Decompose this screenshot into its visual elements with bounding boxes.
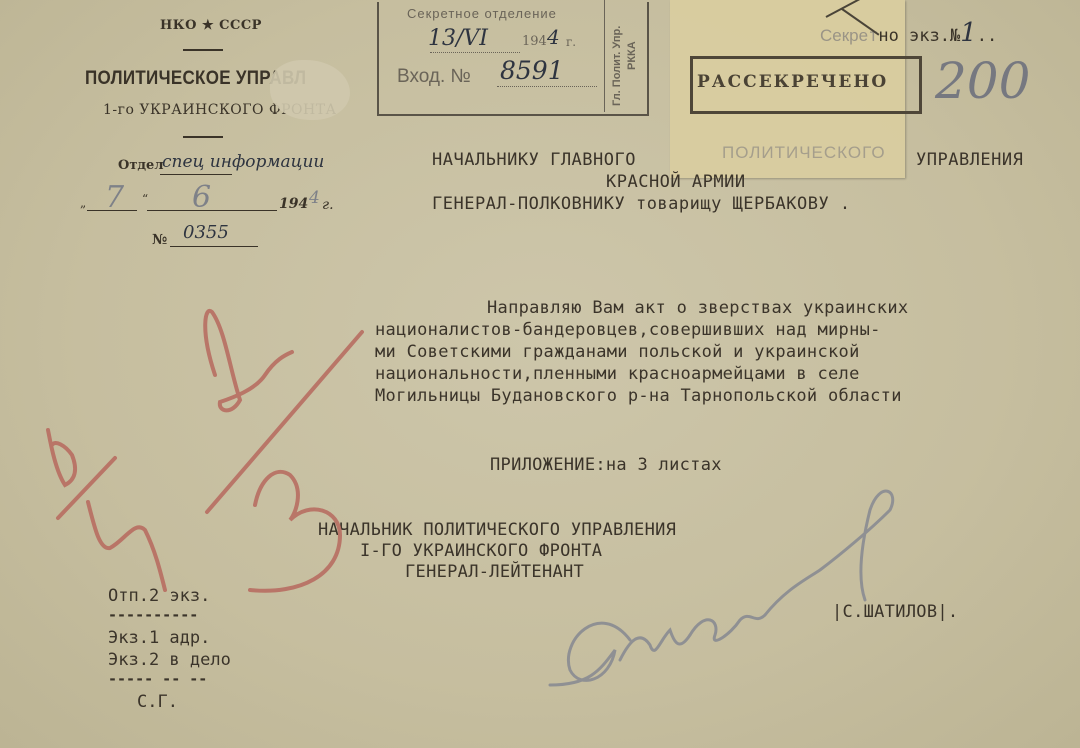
overlay-faded-text: ПОЛИТИЧЕСКОГО	[722, 143, 886, 163]
department-label: Отдел	[118, 158, 163, 173]
department-value: спец информации	[162, 152, 324, 172]
letterhead-rule-bottom	[183, 136, 223, 138]
date-quote-open: „	[80, 196, 86, 210]
copy-dots: ..	[977, 26, 997, 46]
stamp-side-text-1: Гл. Полит. Упр.	[611, 26, 623, 106]
outgoing-number-underline	[170, 246, 258, 247]
stamp-year-suffix: 4	[547, 25, 560, 49]
department-underline	[160, 174, 232, 175]
date-year-suffix: 4	[309, 188, 320, 208]
date-year-prefix: 194	[279, 196, 308, 212]
stamp-incoming-label: Вход. №	[397, 66, 471, 88]
letterhead-org: НКО ★ СССР	[160, 18, 262, 33]
stamp-side-text: Гл. Полит. Упр. РККА	[604, 0, 644, 112]
body-line-4: национальности,пленными красноармейцами …	[375, 364, 860, 384]
date-month-underline	[147, 210, 277, 211]
stamp-date: 13/VI	[428, 26, 488, 51]
pencil-number: 200	[935, 52, 1030, 110]
outgoing-number-value: 0355	[183, 222, 229, 243]
letterhead-rule-top	[183, 49, 223, 51]
document-page: НКО ★ СССР ПОЛИТИЧЕСКОЕ УПРАВЛ 1-го УКРА…	[0, 0, 1080, 748]
classification-struck-word: Секре	[820, 26, 868, 45]
date-day-underline	[87, 210, 137, 211]
handwritten-signature	[540, 470, 920, 700]
stamp-incoming-number: 8591	[500, 56, 564, 85]
distribution-line-3: Экз.2 в дело	[108, 650, 231, 670]
stamp-year-prefix: 194	[522, 34, 547, 49]
date-quote-close: “	[142, 192, 148, 206]
distribution-separator-1: ----------	[108, 606, 198, 624]
body-line-5: Могильницы Будановского р-на Тарнопольск…	[375, 386, 902, 406]
stamp-title: Секретное отделение	[407, 6, 557, 21]
body-line-3: ми Советскими гражданами польской и укра…	[375, 342, 860, 362]
addressee-line-1a: НАЧАЛЬНИКУ ГЛАВНОГО	[432, 150, 636, 170]
copy-number: 1	[960, 18, 977, 48]
distribution-separator-2: ----- -- --	[108, 670, 207, 688]
stamp-number-underline	[497, 86, 597, 87]
addressee-line-1c: УПРАВЛЕНИЯ	[916, 150, 1023, 170]
date-suffix: г.	[322, 197, 334, 213]
copy-label: но экз.№	[878, 26, 960, 46]
distribution-initials: С.Г.	[137, 692, 178, 712]
distribution-line-2: Экз.1 адр.	[108, 628, 210, 648]
classification-line: Секретно экз.№1..	[820, 18, 997, 48]
body-line-1: Направляю Вам акт о зверствах украинских	[487, 298, 908, 318]
stamp-side-text-2: РККА	[626, 41, 638, 70]
addressee-line-2: КРАСНОЙ АРМИИ	[606, 172, 746, 192]
outgoing-number-label: №	[152, 232, 167, 248]
stamp-date-underline	[430, 52, 520, 53]
stamp-year-g: г.	[566, 35, 576, 49]
body-line-2: националистов-бандеровцев,совершивших на…	[375, 320, 881, 340]
paper-damage-stain	[270, 60, 350, 120]
red-pencil-fraction-annotation	[0, 290, 380, 600]
declassified-stamp: РАССЕКРЕЧЕНО	[697, 72, 888, 92]
addressee-line-3: ГЕНЕРАЛ-ПОЛКОВНИКУ товарищу ЩЕРБАКОВУ .	[432, 194, 851, 214]
